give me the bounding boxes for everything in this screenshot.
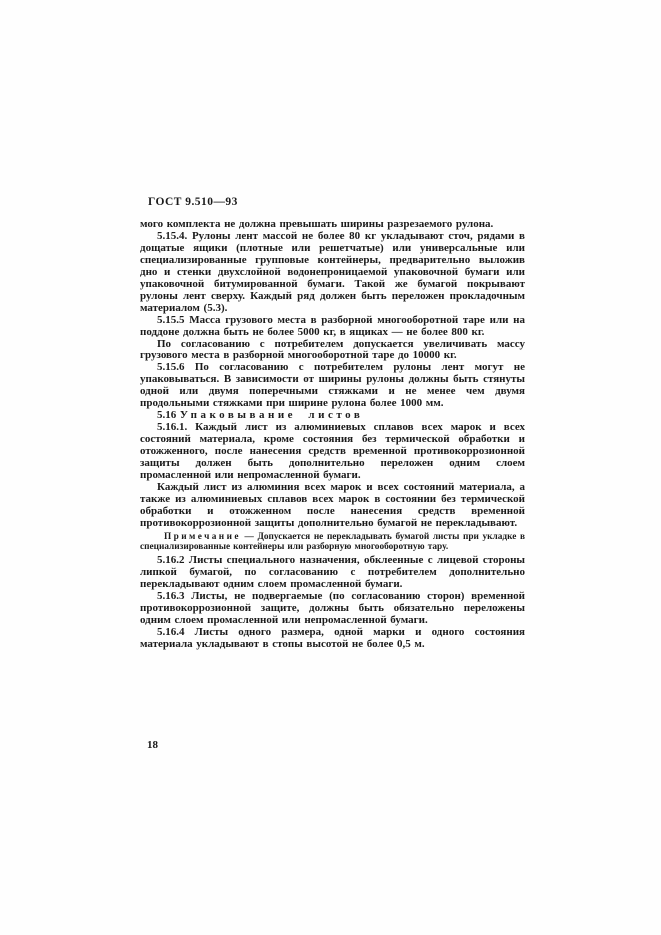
section-heading-number: 5.16 [157,409,176,421]
paragraph-clause-5-15-4: 5.15.4. Рулоны лент массой не более 80 к… [140,231,525,315]
note-paragraph: Примечание — Допускается не перекладыват… [140,532,525,553]
paragraph-clause-5-16-4: 5.16.4 Листы одного размера, одной марки… [140,627,525,651]
paragraph-clause-5-16-3: 5.16.3 Листы, не подвергаемые (по соглас… [140,591,525,627]
paragraph-clause-5-15-5-addendum: По согласованию с потребителем допускает… [140,339,525,363]
paragraph-clause-5-15-5: 5.15.5 Масса грузового места в разборной… [140,315,525,339]
paragraph-clause-5-16-1: 5.16.1. Каждый лист из алюминиевых сплав… [140,422,525,482]
page-number: 18 [147,739,158,751]
paragraph-clause-5-16-2: 5.16.2 Листы специального назначения, об… [140,555,525,591]
document-header-gost-number: ГОСТ 9.510—93 [148,196,238,208]
text-block: мого комплекта не должна превышать ширин… [140,219,525,651]
paragraph-clause-5-15-6: 5.15.6 По согласованию с потребителем ру… [140,362,525,410]
paragraph-clause-5-16-1-addendum: Каждый лист из алюминия всех марок и все… [140,482,525,530]
document-page: ГОСТ 9.510—93 мого комплекта не должна п… [0,0,661,935]
note-label: Примечание [164,532,241,542]
section-heading-title: Упаковывание листов [180,409,363,421]
